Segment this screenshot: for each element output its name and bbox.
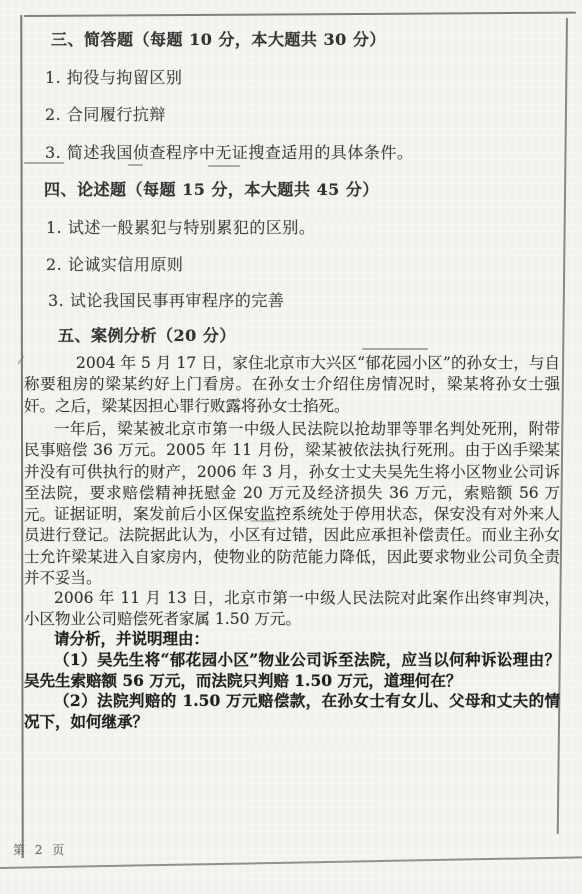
section-heading-short-answer: 三、简答题（每题 10 分，本大题共 30 分） [51,27,386,50]
scan-artifact-overline [362,348,428,350]
scanned-exam-page: 三、简答题（每题 10 分，本大题共 30 分） 1. 拘役与拘留区别 2. 合… [0,0,582,894]
short-answer-item-2: 2. 合同履行抗辩 [45,102,166,125]
analysis-prompt: 请分析，并说明理由： [24,629,560,650]
scan-artifact-dash [128,164,143,166]
scan-border-top [24,12,576,17]
essay-item-2: 2. 论诚实信用原则 [46,252,183,275]
short-answer-item-1: 1. 拘役与拘留区别 [45,65,182,88]
case-paragraph-3: 证据证明，案发前后小区保安监控系统处于停用状态，保安没有对外来人员进行登记。法院… [24,504,560,590]
scan-border-bottom [0,856,582,869]
case-paragraph-1: 2004 年 5 月 17 日，家住北京市大兴区“郁花园小区”的孙女士，与自称要… [24,353,560,417]
analysis-question-1: （1）吴先生将“郁花园小区”物业公司诉至法院，应当以何种诉讼理由？吴先生索赔额 … [24,650,560,691]
scan-artifact-dash [208,165,240,167]
section-heading-essay: 四、论述题（每题 15 分，本大题共 45 分） [44,177,379,200]
section-heading-case-analysis: 五、案例分析（20 分） [58,323,236,346]
page-number-footer: 第 2 页 [13,841,67,858]
short-answer-item-3: 3. 简述我国侦查程序中无证搜查适用的具体条件。 [45,140,413,163]
essay-item-1: 1. 试述一般累犯与特别累犯的区别。 [46,215,315,238]
essay-item-3: 3. 试论我国民事再审程序的完善 [48,288,284,311]
case-paragraph-4: 2006 年 11 月 13 日，北京市第一中级人民法院对此案作出终审判决，小区… [24,588,560,631]
analysis-question-2: （2）法院判赔的 1.50 万元赔偿款，在孙女士有女儿、父母和丈夫的情况下，如何… [24,691,560,732]
